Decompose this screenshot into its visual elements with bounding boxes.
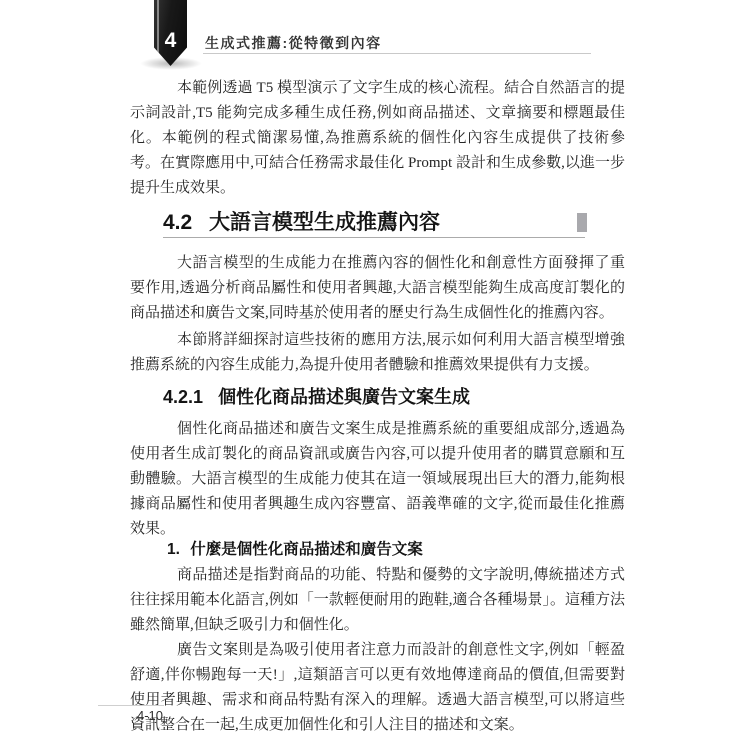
book-page: 4 生成式推薦:從特徵到內容 本範例透過 T5 模型演示了文字生成的核心流程。結… — [0, 0, 750, 750]
text-column: 本範例透過 T5 模型演示了文字生成的核心流程。結合自然語言的提示詞設計,T5 … — [130, 0, 625, 738]
footer-divider — [98, 705, 164, 706]
paragraph-llm-role: 大語言模型的生成能力在推薦內容的個性化和創意性方面發揮了重要作用,透過分析商品屬… — [130, 251, 625, 326]
chapter-number: 4 — [165, 30, 177, 66]
item-title: 什麼是個性化商品描述和廣告文案 — [190, 541, 423, 558]
item-number: 1. — [167, 541, 180, 558]
numbered-item-heading: 1. 什麼是個性化商品描述和廣告文案 — [167, 539, 625, 561]
page-number: 4-10 — [137, 708, 163, 723]
section-heading: 4.2 大語言模型生成推薦內容 — [163, 211, 585, 238]
paragraph-ad-copy: 廣告文案則是為吸引使用者注意力而設計的創意性文字,例如「輕盈舒適,伴你暢跑每一天… — [130, 638, 625, 738]
subsection-heading: 4.2.1 個性化商品描述與廣告文案生成 — [163, 385, 625, 409]
paragraph-intro: 本範例透過 T5 模型演示了文字生成的核心流程。結合自然語言的提示詞設計,T5 … — [130, 76, 625, 201]
section-number: 4.2 — [163, 211, 192, 234]
paragraph-section-overview: 本節將詳細探討這些技術的應用方法,展示如何利用大語言模型增強推薦系統的內容生成能… — [130, 328, 625, 378]
paragraph-personalized-intro: 個性化商品描述和廣告文案生成是推薦系統的重要組成部分,透過為使用者生成訂製化的商… — [130, 417, 625, 542]
subsection-title: 個性化商品描述與廣告文案生成 — [218, 387, 470, 407]
subsection-number: 4.2.1 — [163, 387, 203, 407]
section-end-tab — [577, 213, 587, 232]
section-title: 大語言模型生成推薦內容 — [209, 211, 440, 234]
paragraph-product-description: 商品描述是指對商品的功能、特點和優勢的文字說明,傳統描述方式往往採用範本化語言,… — [130, 563, 625, 638]
